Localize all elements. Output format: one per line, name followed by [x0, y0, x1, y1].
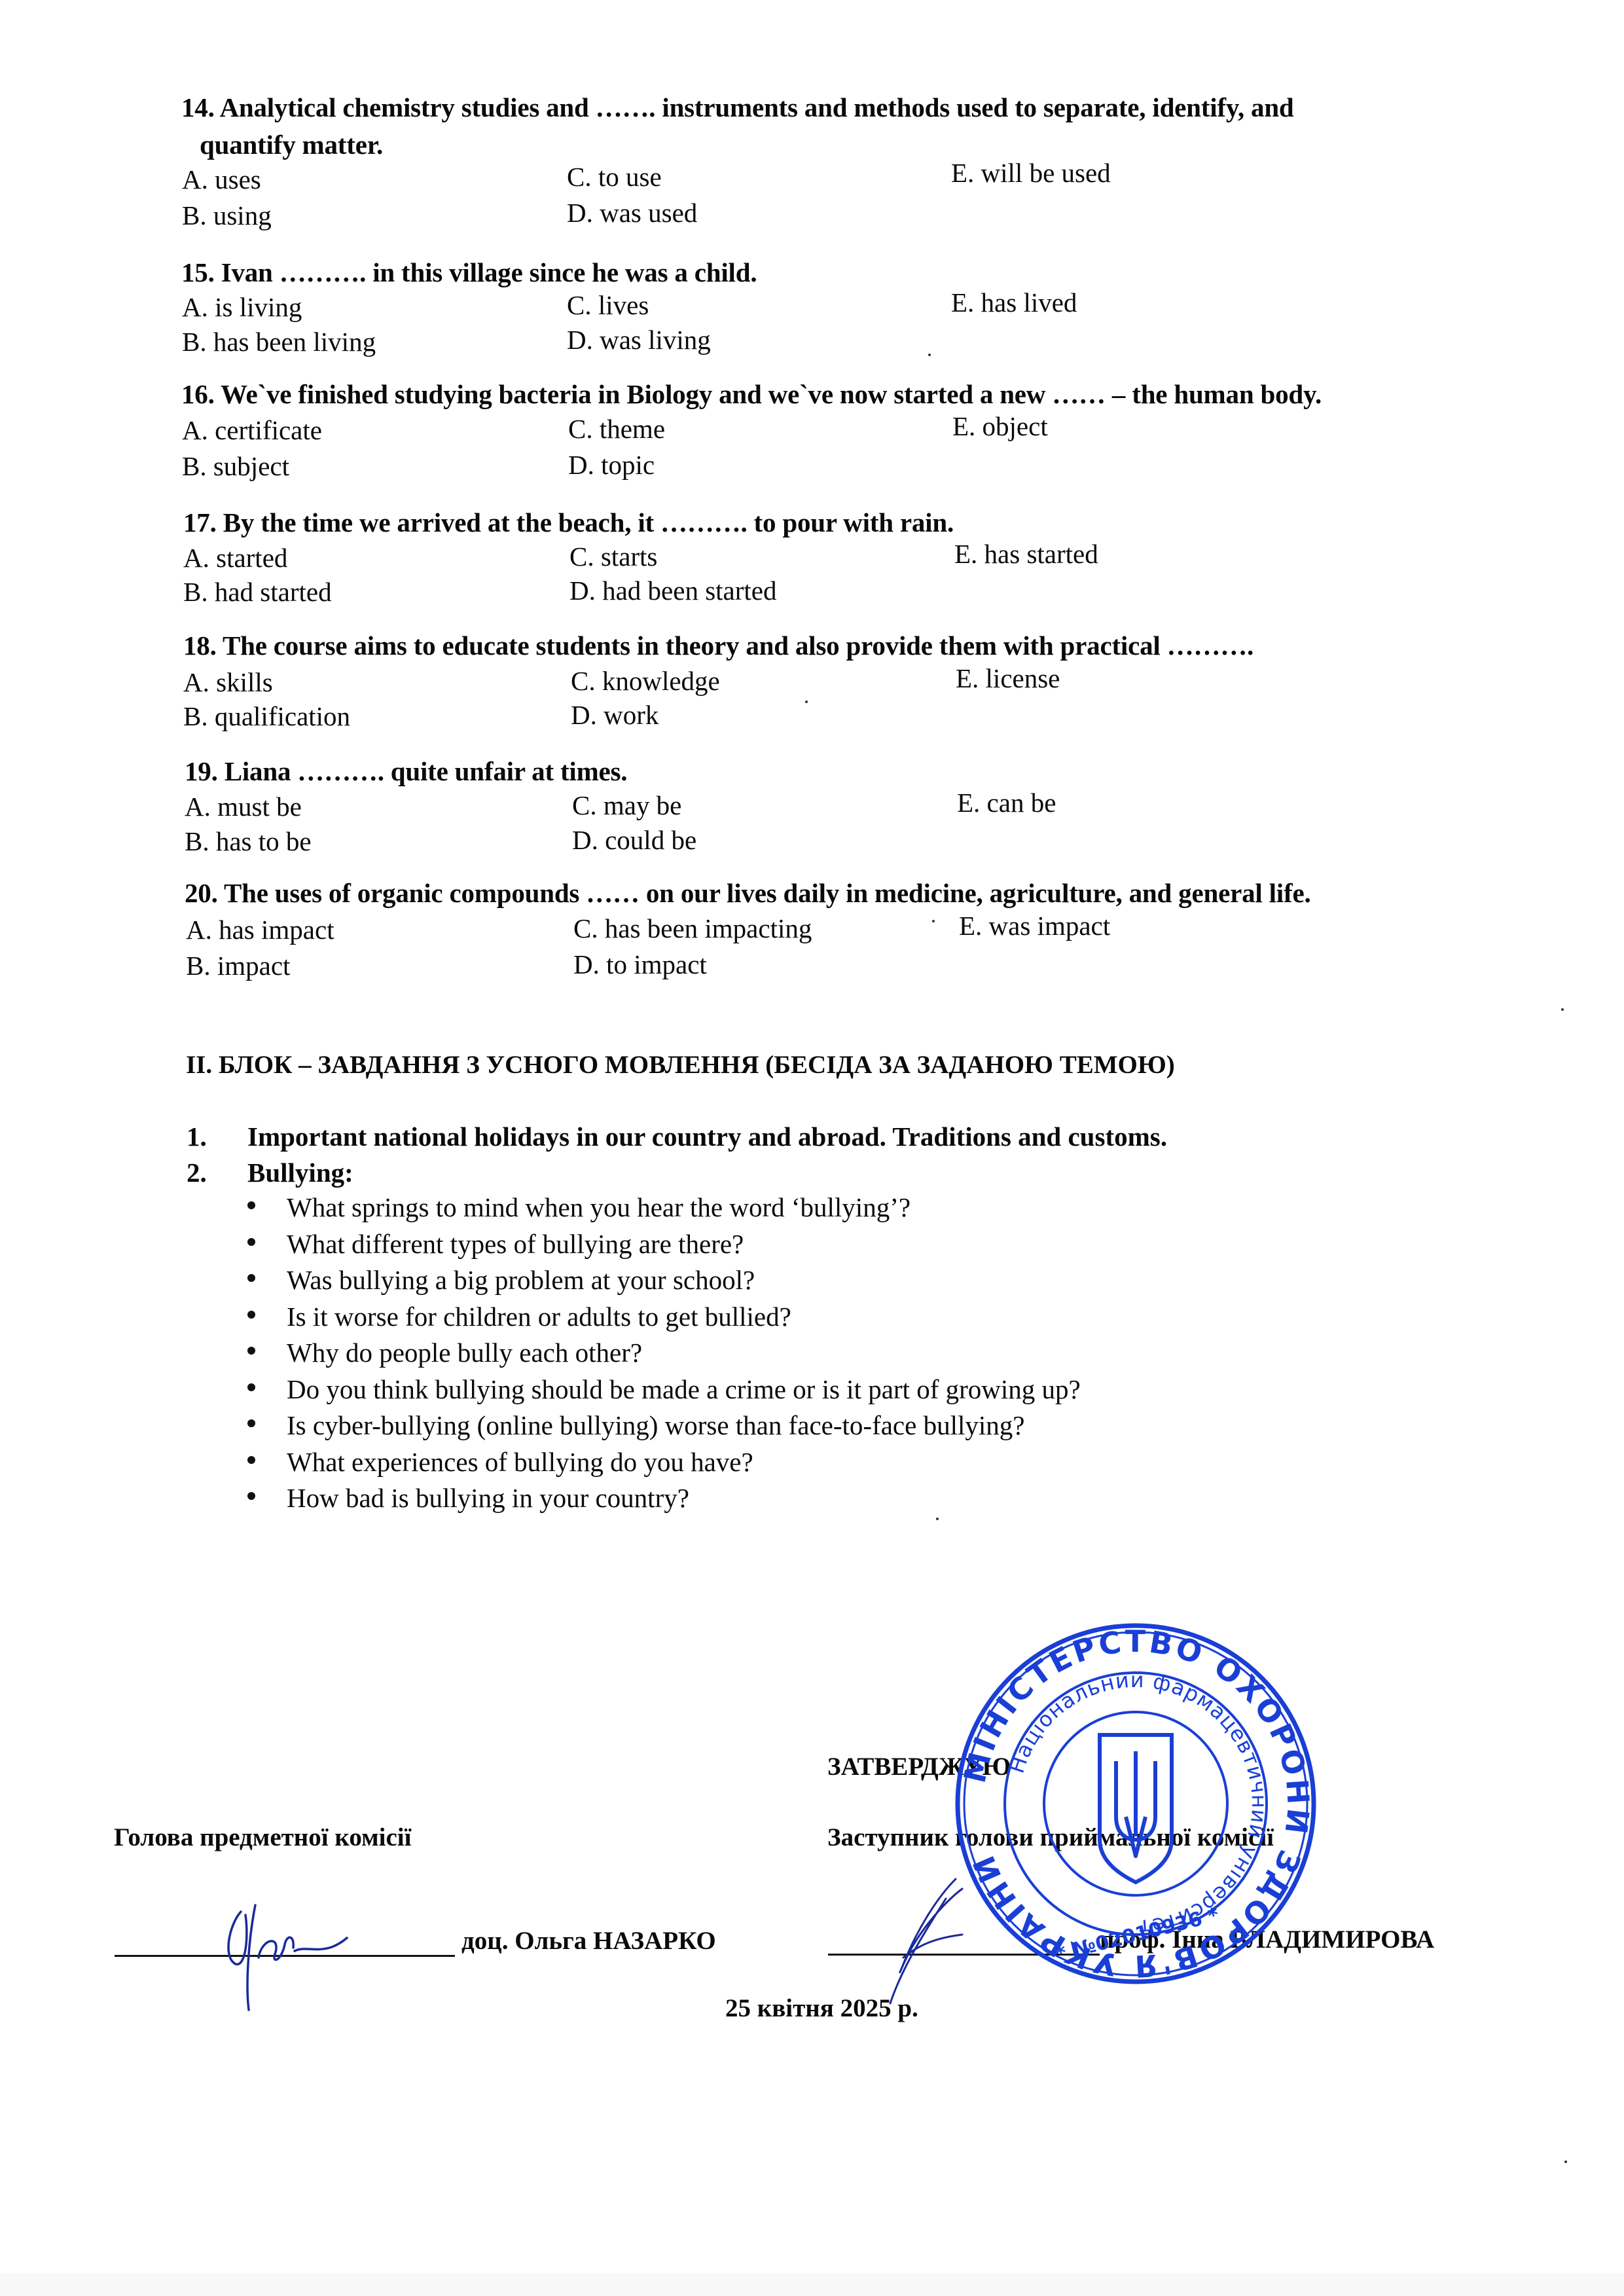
- question-text: 17. By the time we arrived at the beach,…: [183, 507, 954, 538]
- list-item-text: Do you think bullying should be made a c…: [287, 1374, 1081, 1404]
- option-d[interactable]: D. work: [571, 699, 659, 731]
- list-item: What experiences of bullying do you have…: [287, 1446, 753, 1478]
- list-item: What different types of bullying are the…: [287, 1228, 744, 1260]
- question-text: 14. Analytical chemistry studies and …….…: [181, 92, 1294, 123]
- question-text: 15. Ivan ………. in this village since he w…: [181, 257, 757, 288]
- option-c[interactable]: C. knowledge: [571, 665, 720, 697]
- bullet-icon: [247, 1456, 255, 1464]
- scan-bottom-edge: [0, 2273, 1624, 2296]
- scan-speck: [1564, 2160, 1567, 2163]
- option-b[interactable]: B. impact: [186, 950, 290, 981]
- option-d[interactable]: D. could be: [572, 824, 696, 856]
- list-item-text: What experiences of bullying do you have…: [287, 1447, 753, 1477]
- list-item-text: What different types of bullying are the…: [287, 1229, 744, 1259]
- option-c[interactable]: C. has been impacting: [573, 913, 812, 944]
- option-c[interactable]: C. to use: [567, 161, 662, 192]
- list-item-text: Is cyber-bullying (online bullying) wors…: [287, 1410, 1024, 1440]
- option-a[interactable]: A. must be: [185, 791, 302, 822]
- left-role: Голова предметної комісії: [114, 1823, 411, 1852]
- bullet-icon: [247, 1419, 255, 1427]
- option-d[interactable]: D. had been started: [569, 575, 777, 606]
- option-a[interactable]: A. started: [183, 542, 287, 574]
- topic-1-label: Important national holidays in our count…: [247, 1121, 1167, 1152]
- option-e[interactable]: E. has started: [954, 538, 1098, 570]
- list-item: Is it worse for children or adults to ge…: [287, 1301, 791, 1332]
- option-e[interactable]: E. has lived: [951, 287, 1077, 318]
- question-text: 18. The course aims to educate students …: [183, 630, 1254, 661]
- list-item: Do you think bullying should be made a c…: [287, 1374, 1081, 1405]
- question-text: 20. The uses of organic compounds …… on …: [185, 877, 1311, 909]
- list-item-text: Was bullying a big problem at your schoo…: [287, 1265, 755, 1295]
- bullet-icon: [247, 1201, 255, 1209]
- scan-speck: [928, 354, 931, 356]
- list-item-text: How bad is bullying in your country?: [287, 1483, 689, 1513]
- option-a[interactable]: A. has impact: [186, 914, 334, 945]
- bullet-icon: [247, 1274, 255, 1282]
- question-text: 19. Liana ………. quite unfair at times.: [185, 756, 627, 787]
- topic-1-number: 1.: [187, 1121, 207, 1152]
- option-e[interactable]: E. can be: [957, 787, 1056, 818]
- option-d[interactable]: D. to impact: [573, 949, 707, 980]
- scan-speck: [1561, 1008, 1564, 1011]
- left-signature-icon: [209, 1899, 380, 2016]
- option-c[interactable]: C. starts: [569, 541, 657, 572]
- option-d[interactable]: D. was used: [567, 197, 697, 228]
- option-a[interactable]: A. skills: [183, 666, 273, 698]
- scan-speck: [936, 1518, 939, 1520]
- list-item: Was bullying a big problem at your schoo…: [287, 1264, 755, 1296]
- official-stamp-icon: МІНІСТЕРСТВО ОХОРОНИ ЗДОРОВ'Я УКРАЇНИ На…: [952, 1620, 1319, 1987]
- option-a[interactable]: A. is living: [182, 291, 302, 323]
- bullet-icon: [247, 1238, 255, 1246]
- option-c[interactable]: C. may be: [572, 790, 681, 821]
- list-item-text: What springs to mind when you hear the w…: [287, 1192, 911, 1222]
- option-b[interactable]: B. has been living: [182, 326, 376, 357]
- option-e[interactable]: E. will be used: [951, 157, 1111, 189]
- scan-speck: [932, 920, 935, 922]
- option-c[interactable]: C. theme: [568, 413, 665, 445]
- option-e[interactable]: E. was impact: [959, 910, 1110, 941]
- option-d[interactable]: D. was living: [567, 324, 711, 355]
- option-c[interactable]: C. lives: [567, 289, 649, 321]
- topic-2-number: 2.: [187, 1157, 207, 1188]
- scan-speck: [805, 701, 808, 703]
- bullet-icon: [247, 1311, 255, 1319]
- topic-2-label: Bullying:: [247, 1157, 353, 1188]
- bullet-icon: [247, 1347, 255, 1355]
- option-e[interactable]: E. object: [952, 410, 1048, 442]
- option-b[interactable]: B. using: [182, 200, 272, 231]
- list-item-text: Why do people bully each other?: [287, 1338, 642, 1368]
- option-a[interactable]: A. certificate: [182, 414, 322, 446]
- option-b[interactable]: B. has to be: [185, 826, 312, 857]
- list-item: How bad is bullying in your country?: [287, 1482, 689, 1514]
- question-text-continued: quantify matter.: [200, 129, 383, 160]
- list-item-text: Is it worse for children or adults to ge…: [287, 1302, 791, 1332]
- option-d[interactable]: D. topic: [568, 449, 655, 481]
- option-b[interactable]: B. qualification: [183, 701, 350, 732]
- bullet-icon: [247, 1383, 255, 1391]
- option-a[interactable]: A. uses: [182, 164, 261, 195]
- list-item: Why do people bully each other?: [287, 1337, 642, 1368]
- option-b[interactable]: B. subject: [182, 450, 289, 482]
- bullet-icon: [247, 1492, 255, 1500]
- question-text: 16. We`ve finished studying bacteria in …: [181, 378, 1322, 410]
- option-b[interactable]: B. had started: [183, 576, 332, 608]
- left-name: доц. Ольга НАЗАРКО: [461, 1926, 716, 1956]
- option-e[interactable]: E. license: [956, 663, 1060, 694]
- list-item: Is cyber-bullying (online bullying) wors…: [287, 1410, 1024, 1441]
- list-item: What springs to mind when you hear the w…: [287, 1192, 911, 1223]
- section-heading: ІІ. БЛОК – ЗАВДАННЯ З УСНОГО МОВЛЕННЯ (Б…: [186, 1050, 1175, 1080]
